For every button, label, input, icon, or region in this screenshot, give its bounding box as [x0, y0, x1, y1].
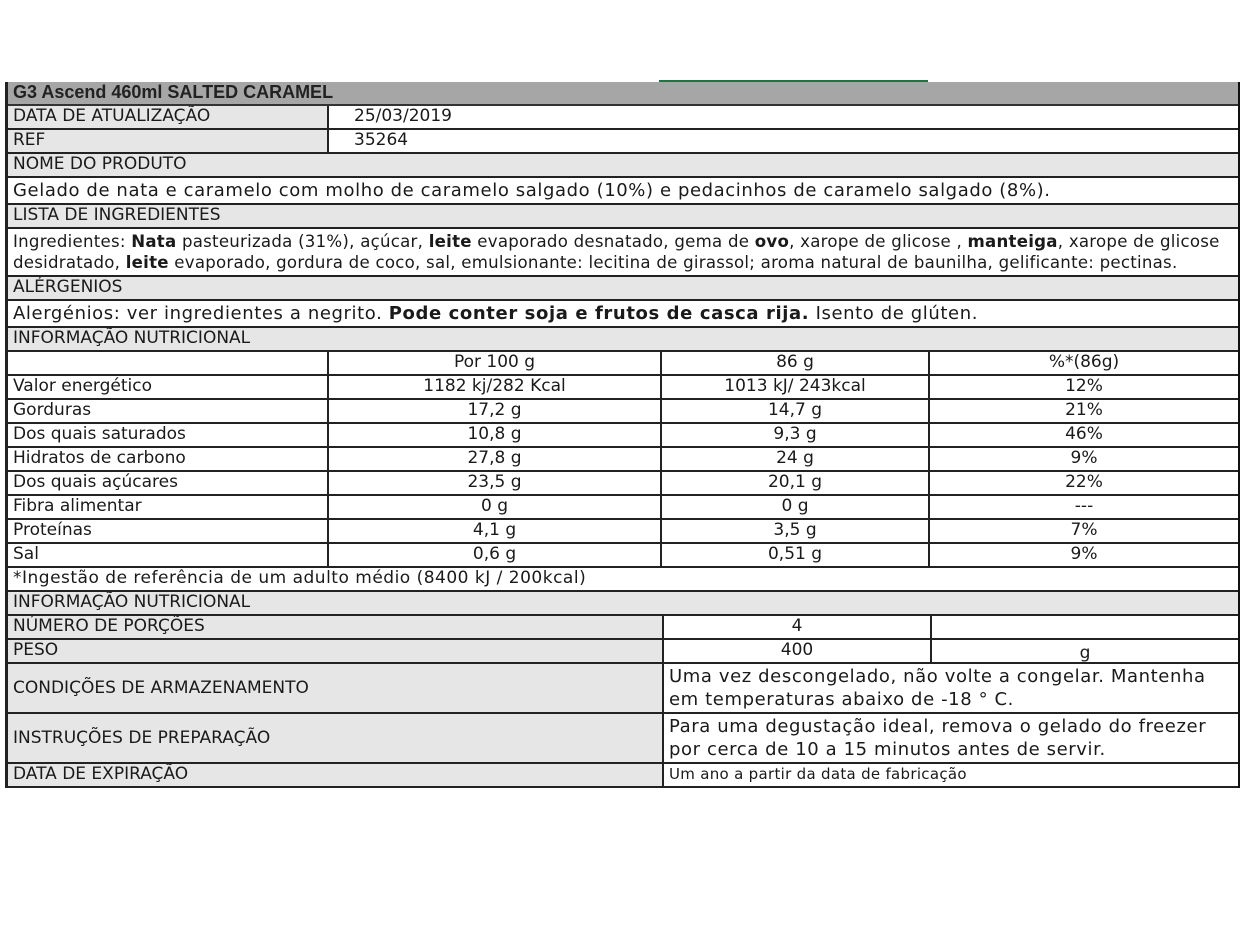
nutrient-name[interactable]: Sal	[8, 544, 329, 566]
nutrition-footnote[interactable]: *Ingestão de referência de um adulto méd…	[8, 568, 1238, 590]
weight-row: PESO 400 g	[8, 640, 1238, 664]
text-segment: pasteurizada (31%), açúcar,	[176, 232, 428, 251]
expiry-value[interactable]: Um ano a partir da data de fabricação	[664, 764, 1238, 786]
ref-label[interactable]: REF	[8, 130, 329, 152]
product-name-row: Gelado de nata e caramelo com molho de c…	[8, 178, 1238, 205]
text-segment: Ingredientes:	[13, 232, 131, 251]
nutrient-value[interactable]: 0,6 g	[329, 544, 662, 566]
ref-row: REF 35264	[8, 130, 1238, 154]
nutrient-value[interactable]: 27,8 g	[329, 448, 662, 470]
table-row: Dos quais açúcares23,5 g20,1 g22%	[8, 472, 1238, 496]
nutrition-table: Por 100 g86 g%*(86g)Valor energético1182…	[8, 352, 1238, 568]
portions-label[interactable]: NÚMERO DE PORÇÕES	[8, 616, 664, 638]
table-row: Dos quais saturados10,8 g9,3 g46%	[8, 424, 1238, 448]
nutrient-value[interactable]: ---	[930, 496, 1238, 518]
text-segment: evaporado desnatado, gema de	[472, 232, 755, 251]
update-date-row: DATA DE ATUALIZAÇÃO 25/03/2019	[8, 106, 1238, 130]
nutrient-value[interactable]: 1182 kj/282 Kcal	[329, 376, 662, 398]
title-row: G3 Ascend 460ml SALTED CARAMEL	[8, 82, 1238, 106]
nutrient-value[interactable]: 17,2 g	[329, 400, 662, 422]
nutrient-value[interactable]: 0 g	[662, 496, 930, 518]
table-row: Gorduras17,2 g14,7 g21%	[8, 400, 1238, 424]
ingredients-text[interactable]: Ingredientes: Nata pasteurizada (31%), a…	[8, 229, 1238, 275]
nutrition-column-header[interactable]: %*(86g)	[930, 352, 1238, 374]
expiry-label[interactable]: DATA DE EXPIRAÇÃO	[8, 764, 664, 786]
text-segment: Alergénios: ver ingredientes a negrito.	[13, 303, 389, 324]
allergens-text[interactable]: Alergénios: ver ingredientes a negrito. …	[8, 301, 1238, 326]
portions-value[interactable]: 4	[664, 616, 932, 638]
nutrition-column-header[interactable]: 86 g	[662, 352, 930, 374]
allergens-heading[interactable]: ALÉRGENIOS	[8, 277, 1238, 299]
bold-segment: leite	[429, 232, 472, 251]
nutrient-value[interactable]: 0 g	[329, 496, 662, 518]
weight-value[interactable]: 400	[664, 640, 932, 662]
nutrient-name[interactable]: Hidratos de carbono	[8, 448, 329, 470]
nutrient-name[interactable]: Valor energético	[8, 376, 329, 398]
nutrition-footnote-row: *Ingestão de referência de um adulto méd…	[8, 568, 1238, 592]
nutrient-name[interactable]: Fibra alimentar	[8, 496, 329, 518]
nutrient-value[interactable]: 14,7 g	[662, 400, 930, 422]
ref-value[interactable]: 35264	[329, 130, 1238, 152]
nutrient-name[interactable]: Dos quais saturados	[8, 424, 329, 446]
ingredients-heading-row: LISTA DE INGREDIENTES	[8, 205, 1238, 229]
table-row: Valor energético1182 kj/282 Kcal1013 kJ/…	[8, 376, 1238, 400]
storage-label[interactable]: CONDIÇÕES DE ARMAZENAMENTO	[8, 664, 664, 712]
nutrient-value[interactable]: 22%	[930, 472, 1238, 494]
nutrient-value[interactable]: 0,51 g	[662, 544, 930, 566]
bold-segment: Pode conter soja e frutos de casca rija.	[389, 303, 810, 324]
weight-unit[interactable]: g	[932, 640, 1238, 662]
nutrient-value[interactable]: 12%	[930, 376, 1238, 398]
product-name-heading-row: NOME DO PRODUTO	[8, 154, 1238, 178]
table-row: Sal0,6 g0,51 g9%	[8, 544, 1238, 568]
update-date-value[interactable]: 25/03/2019	[329, 106, 1238, 128]
product-title[interactable]: G3 Ascend 460ml SALTED CARAMEL	[8, 82, 1238, 104]
bold-segment: leite	[126, 253, 169, 272]
portions-row: NÚMERO DE PORÇÕES 4	[8, 616, 1238, 640]
ingredients-row: Ingredientes: Nata pasteurizada (31%), a…	[8, 229, 1238, 277]
weight-label[interactable]: PESO	[8, 640, 664, 662]
nutrition-header-row: Por 100 g86 g%*(86g)	[8, 352, 1238, 376]
storage-row: CONDIÇÕES DE ARMAZENAMENTO Uma vez desco…	[8, 664, 1238, 714]
preparation-label[interactable]: INSTRUÇÕES DE PREPARAÇÃO	[8, 714, 664, 762]
nutrient-value[interactable]: 9%	[930, 544, 1238, 566]
product-name-text[interactable]: Gelado de nata e caramelo com molho de c…	[8, 178, 1238, 203]
text-segment: evaporado, gordura de coco, sal, emulsio…	[169, 253, 1178, 272]
bold-segment: manteiga	[968, 232, 1058, 251]
table-row: Hidratos de carbono27,8 g24 g9%	[8, 448, 1238, 472]
update-date-label[interactable]: DATA DE ATUALIZAÇÃO	[8, 106, 329, 128]
nutrient-value[interactable]: 46%	[930, 424, 1238, 446]
nutrition-heading[interactable]: INFORMAÇÃO NUTRICIONAL	[8, 328, 1238, 350]
expiry-row: DATA DE EXPIRAÇÃO Um ano a partir da dat…	[8, 764, 1238, 788]
table-row: Fibra alimentar0 g0 g---	[8, 496, 1238, 520]
nutrient-value[interactable]: 20,1 g	[662, 472, 930, 494]
nutrient-value[interactable]: 24 g	[662, 448, 930, 470]
preparation-row: INSTRUÇÕES DE PREPARAÇÃO Para uma degust…	[8, 714, 1238, 764]
nutrition2-heading-row: INFORMAÇÃO NUTRICIONAL	[8, 592, 1238, 616]
nutrient-value[interactable]: 10,8 g	[329, 424, 662, 446]
product-spec-sheet: G3 Ascend 460ml SALTED CARAMEL DATA DE A…	[5, 82, 1240, 788]
allergens-row: Alergénios: ver ingredientes a negrito. …	[8, 301, 1238, 328]
nutrition-heading-row: INFORMAÇÃO NUTRICIONAL	[8, 328, 1238, 352]
nutrient-value[interactable]: 9%	[930, 448, 1238, 470]
bold-segment: Nata	[131, 232, 176, 251]
nutrient-value[interactable]: 21%	[930, 400, 1238, 422]
ingredients-heading[interactable]: LISTA DE INGREDIENTES	[8, 205, 1238, 227]
text-segment: Isento de glúten.	[809, 303, 978, 324]
nutrient-value[interactable]: 4,1 g	[329, 520, 662, 542]
nutrition-column-header[interactable]	[8, 352, 329, 374]
nutrient-value[interactable]: 23,5 g	[329, 472, 662, 494]
nutrient-value[interactable]: 3,5 g	[662, 520, 930, 542]
storage-value[interactable]: Uma vez descongelado, não volte a congel…	[664, 664, 1238, 712]
nutrient-name[interactable]: Dos quais açúcares	[8, 472, 329, 494]
bold-segment: ovo	[755, 232, 789, 251]
nutrient-name[interactable]: Gorduras	[8, 400, 329, 422]
allergens-heading-row: ALÉRGENIOS	[8, 277, 1238, 301]
nutrition-column-header[interactable]: Por 100 g	[329, 352, 662, 374]
nutrition2-heading[interactable]: INFORMAÇÃO NUTRICIONAL	[8, 592, 1238, 614]
nutrient-value[interactable]: 9,3 g	[662, 424, 930, 446]
table-row: Proteínas4,1 g3,5 g7%	[8, 520, 1238, 544]
preparation-value[interactable]: Para uma degustação ideal, remova o gela…	[664, 714, 1238, 762]
product-name-heading[interactable]: NOME DO PRODUTO	[8, 154, 1238, 176]
portions-unit[interactable]	[932, 616, 1238, 638]
nutrient-value[interactable]: 7%	[930, 520, 1238, 542]
text-segment: , xarope de glicose ,	[789, 232, 967, 251]
nutrient-name[interactable]: Proteínas	[8, 520, 329, 542]
nutrient-value[interactable]: 1013 kJ/ 243kcal	[662, 376, 930, 398]
